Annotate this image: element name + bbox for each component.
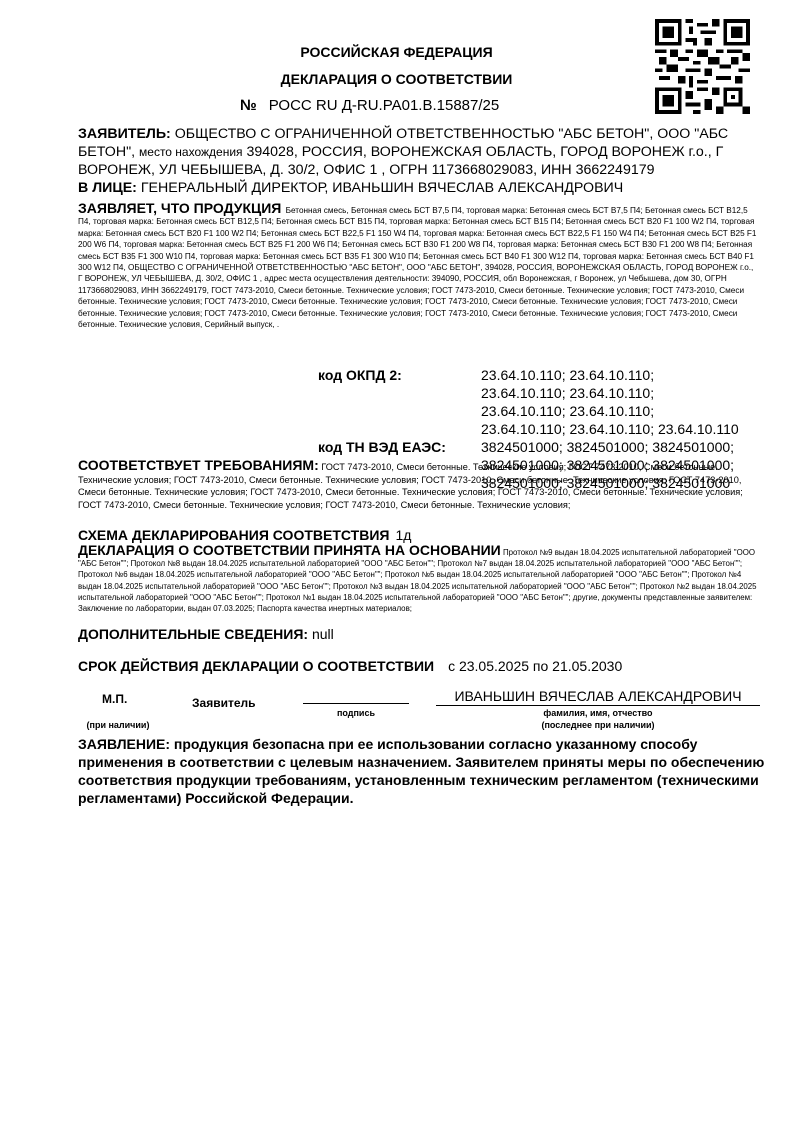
statement-section: ЗАЯВЛЕНИЕ: продукция безопасна при ее ис…	[78, 735, 768, 807]
product-text: Бетонная смесь, Бетонная смесь БСТ B7,5 …	[78, 206, 756, 329]
location-label: место нахождения	[139, 145, 243, 159]
applicant-section: ЗАЯВИТЕЛЬ: ОБЩЕСТВО С ОГРАНИЧЕННОЙ ОТВЕТ…	[78, 125, 758, 197]
basis-section: ДЕКЛАРАЦИЯ О СООТВЕТСТВИИ ПРИНЯТА НА ОСН…	[78, 545, 758, 614]
signer-name: ИВАНЬШИН ВЯЧЕСЛАВ АЛЕКСАНДРОВИЧ	[436, 688, 760, 706]
scheme-section: СХЕМА ДЕКЛАРИРОВАНИЯ СООТВЕТСТВИЯ1д	[78, 527, 758, 543]
name-caption-note: (последнее при наличии)	[436, 720, 760, 730]
extra-value: null	[312, 626, 334, 642]
validity-label: СРОК ДЕЙСТВИЯ ДЕКЛАРАЦИИ О СООТВЕТСТВИИ	[78, 658, 434, 674]
okpd-label: код ОКПД 2:	[318, 366, 481, 438]
requirements-label: СООТВЕТСТВУЕТ ТРЕБОВАНИЯМ:	[78, 457, 319, 473]
requirements-section: СООТВЕТСТВУЕТ ТРЕБОВАНИЯМ: ГОСТ 7473-201…	[78, 459, 758, 511]
represented-by: ГЕНЕРАЛЬНЫЙ ДИРЕКТОР, ИВАНЬШИН ВЯЧЕСЛАВ …	[141, 180, 623, 196]
extra-label: ДОПОЛНИТЕЛЬНЫЕ СВЕДЕНИЯ:	[78, 626, 308, 642]
scheme-label: СХЕМА ДЕКЛАРИРОВАНИЯ СООТВЕТСТВИЯ	[78, 527, 389, 543]
product-section: ЗАЯВЛЯЕТ, ЧТО ПРОДУКЦИЯ Бетонная смесь, …	[78, 203, 758, 330]
basis-label: ДЕКЛАРАЦИЯ О СООТВЕТСТВИИ ПРИНЯТА НА ОСН…	[78, 542, 501, 558]
validity-section: СРОК ДЕЙСТВИЯ ДЕКЛАРАЦИИ О СООТВЕТСТВИИс…	[78, 658, 758, 674]
seal-note: (при наличии)	[78, 720, 158, 730]
represented-label: В ЛИЦЕ:	[78, 180, 137, 196]
country-title: РОССИЙСКАЯ ФЕДЕРАЦИЯ	[0, 44, 793, 60]
applicant-sign-label: Заявитель	[192, 696, 256, 710]
validity-value: с 23.05.2025 по 21.05.2030	[448, 658, 622, 674]
okpd-line: 23.64.10.110; 23.64.10.110;	[481, 402, 771, 420]
document-title: ДЕКЛАРАЦИЯ О СООТВЕТСТВИИ	[0, 71, 793, 87]
okpd-line: 23.64.10.110; 23.64.10.110;	[481, 384, 771, 402]
okpd-row: код ОКПД 2: 23.64.10.110; 23.64.10.110; …	[318, 366, 771, 438]
number-value: РОСС RU Д-RU.PA01.B.15887/25	[269, 97, 499, 114]
product-label: ЗАЯВЛЯЕТ, ЧТО ПРОДУКЦИЯ	[78, 200, 281, 216]
seal-label: М.П.	[102, 692, 127, 706]
tnved-line: 3824501000; 3824501000; 3824501000;	[481, 438, 771, 456]
signature-line	[303, 703, 409, 704]
extra-info-section: ДОПОЛНИТЕЛЬНЫЕ СВЕДЕНИЯ: null	[78, 626, 758, 642]
okpd-line: 23.64.10.110; 23.64.10.110;	[481, 366, 771, 384]
applicant-label: ЗАЯВИТЕЛЬ:	[78, 126, 171, 142]
okpd-values: 23.64.10.110; 23.64.10.110; 23.64.10.110…	[481, 366, 771, 438]
okpd-line: 23.64.10.110; 23.64.10.110; 23.64.10.110	[481, 420, 771, 438]
number-sign: №	[240, 97, 257, 114]
signature-caption: подпись	[303, 708, 409, 718]
name-caption: фамилия, имя, отчество	[436, 708, 760, 718]
qr-code-icon	[655, 19, 750, 114]
declaration-number: №РОСС RU Д-RU.PA01.B.15887/25	[240, 97, 499, 114]
scheme-value: 1д	[395, 527, 411, 543]
declaration-page: РОССИЙСКАЯ ФЕДЕРАЦИЯ ДЕКЛАРАЦИЯ О СООТВЕ…	[0, 0, 793, 1123]
basis-text: Протокол №9 выдан 18.04.2025 испытательн…	[78, 548, 757, 613]
